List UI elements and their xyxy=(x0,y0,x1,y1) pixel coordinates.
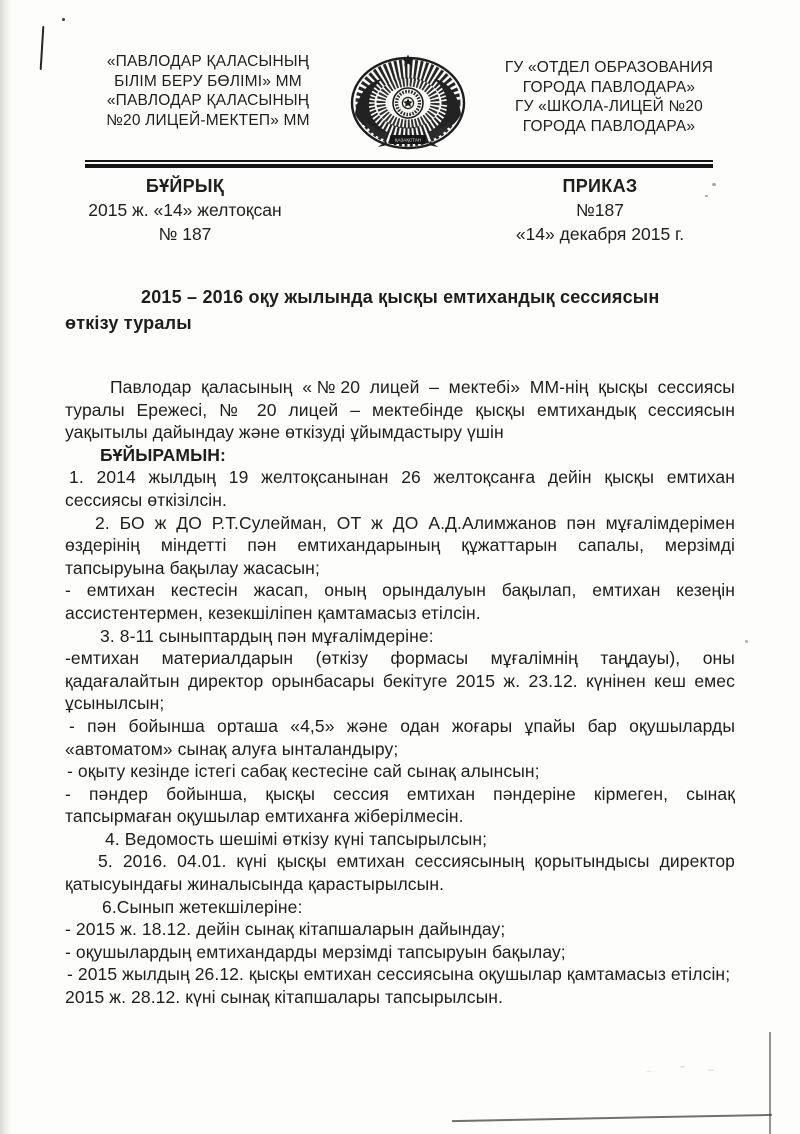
org-line: ГОРОДА ПАВЛОДАРА» xyxy=(483,78,735,98)
org-line: №20 ЛИЦЕЙ-МЕКТЕП» ММ xyxy=(83,111,333,131)
scan-speck xyxy=(712,183,716,186)
para-item-3: 3. 8-11 сыныптардың пән мұғалімдеріне: xyxy=(65,625,735,648)
para-item-1: 1. 2014 жылдың 19 желтоқсанынан 26 желто… xyxy=(65,466,735,511)
order-number-kazakh: № 187 xyxy=(60,222,310,246)
header-divider xyxy=(85,160,713,168)
para-item-2-sub: - емтихан кестесін жасап, оның орындалуы… xyxy=(65,579,735,624)
para-item-4: 4. Ведомость шешімі өткізу күні тапсырыл… xyxy=(65,828,735,851)
order-title-russian: ПРИКАЗ xyxy=(475,174,725,198)
divider-thin-line xyxy=(85,160,713,162)
org-line: «ПАВЛОДАР ҚАЛАСЫНЫҢ xyxy=(83,91,333,111)
org-line: ГУ «ОТДЕЛ ОБРАЗОВАНИЯ xyxy=(483,58,735,78)
scan-smudge xyxy=(630,1058,725,1080)
order-date-kazakh: 2015 ж. «14» желтоқсан xyxy=(60,198,310,222)
scan-speck xyxy=(745,640,748,643)
scan-speck xyxy=(705,195,708,197)
letterhead: «ПАВЛОДАР ҚАЛАСЫНЫҢ БІЛІМ БЕРУ БӨЛІМІ» М… xyxy=(65,0,735,152)
scan-edge-line xyxy=(769,1032,771,1134)
order-block-kazakh: БҰЙРЫҚ 2015 ж. «14» желтоқсан № 187 xyxy=(60,174,310,246)
org-name-kazakh: «ПАВЛОДАР ҚАЛАСЫНЫҢ БІЛІМ БЕРУ БӨЛІМІ» М… xyxy=(83,52,333,130)
scanned-order-document: «ПАВЛОДАР ҚАЛАСЫНЫҢ БІЛІМ БЕРУ БӨЛІМІ» М… xyxy=(0,0,800,1134)
document-body: Павлодар қаласының «№20 лицей – мектебі»… xyxy=(65,376,735,1009)
para-item-6-sub-3: - 2015 жылдың 26.12. қысқы емтихан сесси… xyxy=(65,963,735,986)
kazakhstan-coat-of-arms-icon: ҚАЗАҚСТАН xyxy=(347,52,469,152)
para-item-6: 6.Сынып жетекшілеріне: xyxy=(65,896,735,919)
pen-mark xyxy=(40,26,45,70)
scan-edge-diagonal xyxy=(452,1114,772,1122)
para-closing-line: 2015 ж. 28.12. күні сынақ кітапшалары та… xyxy=(65,986,735,1009)
order-number-row: БҰЙРЫҚ 2015 ж. «14» желтоқсан № 187 ПРИК… xyxy=(65,174,735,246)
divider-thick-line xyxy=(85,164,713,168)
order-date-russian: «14» декабря 2015 г. xyxy=(475,222,725,246)
order-number-russian: №187 xyxy=(475,198,725,222)
para-item-5: 5. 2016. 04.01. күні қысқы емтихан сесси… xyxy=(65,850,735,895)
para-item-2: 2. БО ж ДО Р.Т.Сулейман, ОТ ж ДО А.Д.Али… xyxy=(65,512,735,580)
org-name-russian: ГУ «ОТДЕЛ ОБРАЗОВАНИЯ ГОРОДА ПАВЛОДАРА» … xyxy=(483,58,735,136)
para-item-6-sub-2: - оқушылардың емтихандарды мерзімді тапс… xyxy=(65,941,735,964)
para-item-3-sub-3: - оқыту кезінде істегі сабақ кестесіне с… xyxy=(65,760,735,783)
order-block-russian: ПРИКАЗ №187 «14» декабря 2015 г. xyxy=(475,174,725,246)
para-item-3-sub-4: - пәндер бойынша, қысқы сессия емтихан п… xyxy=(65,783,735,828)
document-title: 2015 – 2016 оқу жылында қысқы емтихандық… xyxy=(65,284,677,336)
para-item-6-sub-1: - 2015 ж. 18.12. дейін сынақ кітапшалары… xyxy=(65,918,735,941)
para-decree-keyword: БҰЙЫРАМЫН: xyxy=(65,444,735,467)
org-line: БІЛІМ БЕРУ БӨЛІМІ» ММ xyxy=(83,72,333,92)
pen-dot xyxy=(62,18,65,21)
para-item-3-sub-1: -емтихан материалдарын (өткізу формасы м… xyxy=(65,647,735,715)
para-intro: Павлодар қаласының «№20 лицей – мектебі»… xyxy=(65,376,735,444)
org-line: «ПАВЛОДАР ҚАЛАСЫНЫҢ xyxy=(83,52,333,72)
org-line: ГОРОДА ПАВЛОДАРА» xyxy=(483,117,735,137)
order-title-kazakh: БҰЙРЫҚ xyxy=(60,174,310,198)
emblem-banner-text: ҚАЗАҚСТАН xyxy=(395,138,421,143)
para-item-3-sub-2: - пән бойынша орташа «4,5» және одан жоғ… xyxy=(65,715,735,760)
org-line: ГУ «ШКОЛА-ЛИЦЕЙ №20 xyxy=(483,97,735,117)
